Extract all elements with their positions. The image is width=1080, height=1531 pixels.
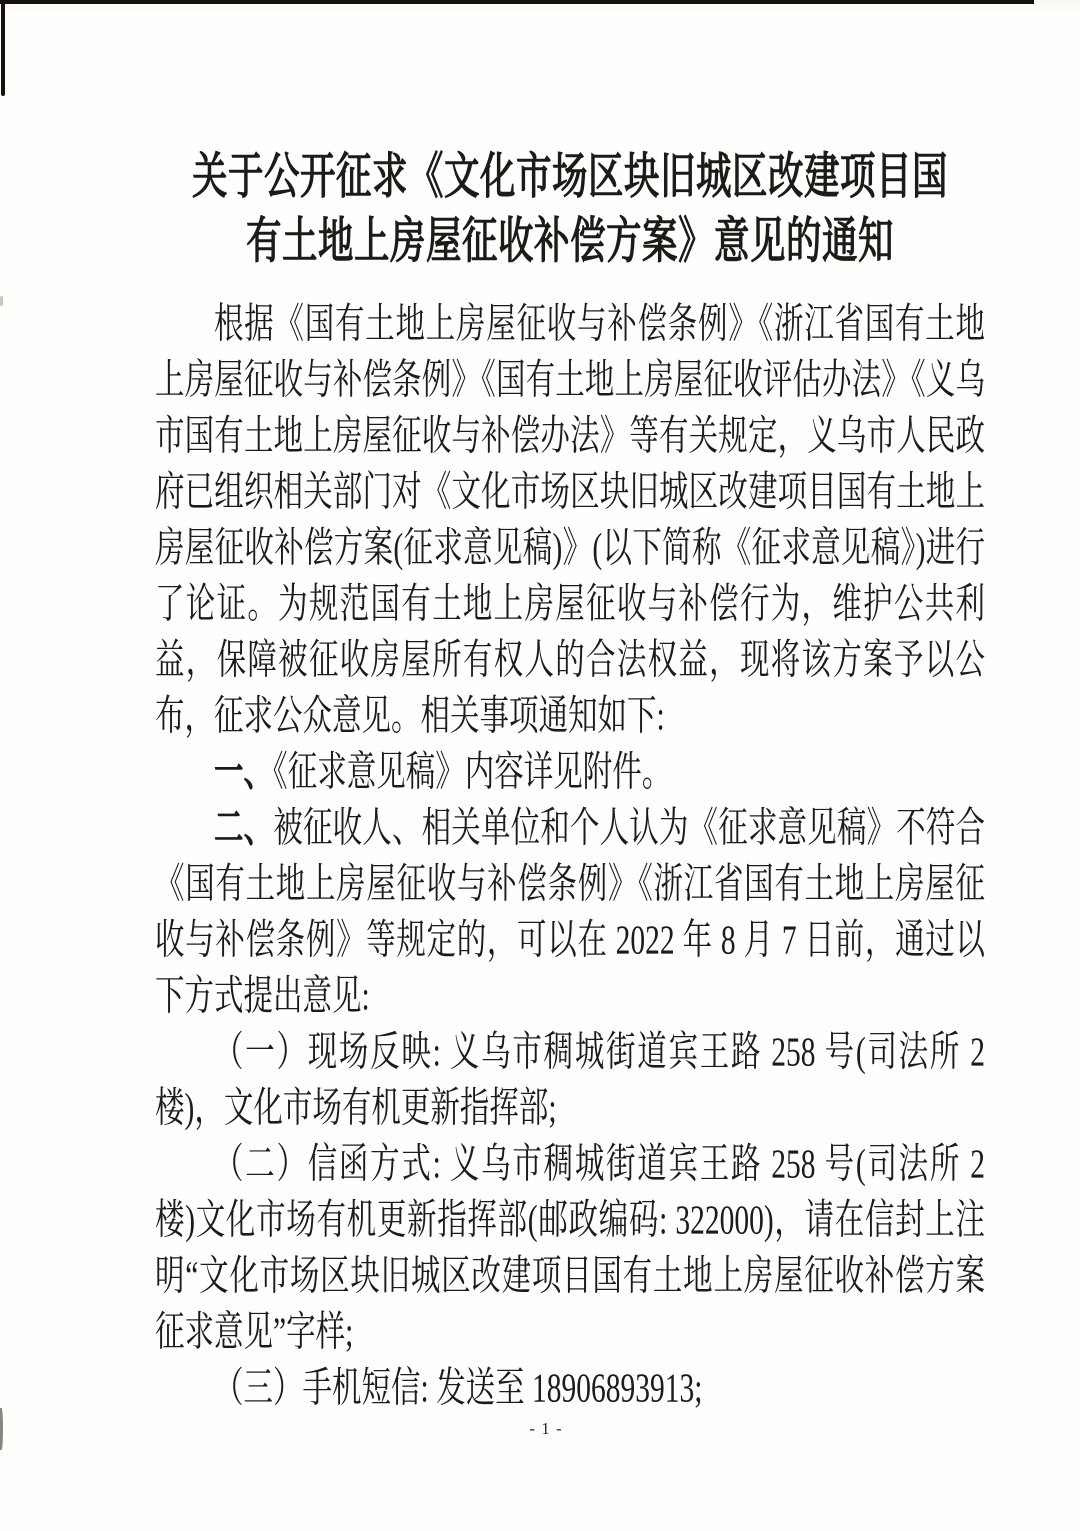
paragraph-text: （二）信函方式: 义乌市稠城街道宾王路 258 号(司法所 2 楼)文化市场有机… <box>155 1142 985 1355</box>
paragraph-text: 《征求意见稿》内容详见附件。 <box>273 750 671 795</box>
title-line: 关于公开征求《文化市场区块旧城区改建项目国 <box>155 144 985 208</box>
paragraph-lead: 二、 <box>214 806 273 851</box>
paragraph-text: （三）手机短信: 发送至 18906893913; <box>214 1366 702 1411</box>
paragraph-lead: 一、 <box>214 750 273 795</box>
document-content: 关于公开征求《文化市场区块旧城区改建项目国有土地上房屋征收补偿方案》意见的通知 … <box>155 0 985 1417</box>
scan-speck <box>0 296 3 306</box>
paragraph-text: 根据《国有土地上房屋征收与补偿条例》《浙江省国有土地上房屋征收与补偿条例》《国有… <box>155 302 985 739</box>
scan-speck <box>0 1408 3 1450</box>
paragraph-text: 被征收人、相关单位和个人认为《征求意见稿》不符合《国有土地上房屋征收与补偿条例》… <box>155 806 985 1019</box>
paragraph: （三）手机短信: 发送至 18906893913; <box>155 1361 985 1417</box>
scan-edge-artifact-left <box>1 0 5 96</box>
paragraph: （一）现场反映: 义乌市稠城街道宾王路 258 号(司法所 2 楼)，文化市场有… <box>155 1025 985 1137</box>
page-number: - 1 - <box>131 1419 961 1439</box>
title-line: 有土地上房屋征收补偿方案》意见的通知 <box>155 209 985 273</box>
paragraph: 二、被征收人、相关单位和个人认为《征求意见稿》不符合《国有土地上房屋征收与补偿条… <box>155 801 985 1025</box>
paragraph: （二）信函方式: 义乌市稠城街道宾王路 258 号(司法所 2 楼)文化市场有机… <box>155 1137 985 1361</box>
scanned-page: 关于公开征求《文化市场区块旧城区改建项目国有土地上房屋征收补偿方案》意见的通知 … <box>0 0 1080 1531</box>
document-title: 关于公开征求《文化市场区块旧城区改建项目国有土地上房屋征收补偿方案》意见的通知 <box>155 144 985 273</box>
paragraph: 一、《征求意见稿》内容详见附件。 <box>155 745 985 801</box>
paragraph-text: （一）现场反映: 义乌市稠城街道宾王路 258 号(司法所 2 楼)，文化市场有… <box>155 1030 985 1131</box>
paragraph: 根据《国有土地上房屋征收与补偿条例》《浙江省国有土地上房屋征收与补偿条例》《国有… <box>155 297 985 745</box>
document-body: 根据《国有土地上房屋征收与补偿条例》《浙江省国有土地上房屋征收与补偿条例》《国有… <box>155 297 985 1417</box>
